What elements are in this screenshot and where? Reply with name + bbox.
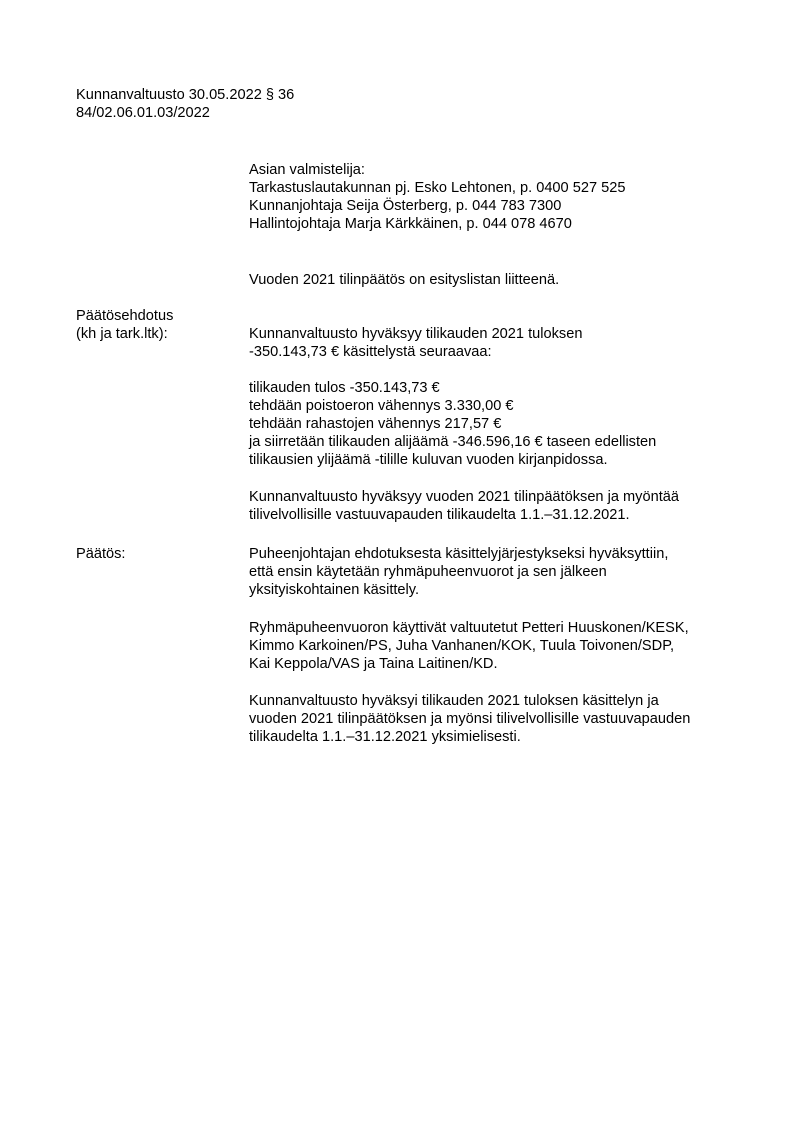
proposal-text: tehdään rahastojen vähennys 217,57 €: [249, 415, 501, 433]
decision-text: Kai Keppola/VAS ja Taina Laitinen/KD.: [249, 655, 498, 673]
decision-text: yksityiskohtainen käsittely.: [249, 581, 419, 599]
decision-text: vuoden 2021 tilinpäätöksen ja myönsi til…: [249, 710, 690, 728]
preparers-title: Asian valmistelija:: [249, 161, 365, 179]
proposal-text: tilikausien ylijäämä -tilille kuluvan vu…: [249, 451, 608, 469]
proposal-label: Päätösehdotus: [76, 307, 173, 325]
preparer-line: Kunnanjohtaja Seija Österberg, p. 044 78…: [249, 197, 561, 215]
meeting-header: Kunnanvaltuusto 30.05.2022 § 36: [76, 86, 294, 104]
attachment-note: Vuoden 2021 tilinpäätös on esityslistan …: [249, 271, 559, 289]
record-number: 84/02.06.01.03/2022: [76, 104, 210, 122]
proposal-text: ja siirretään tilikauden alijäämä -346.5…: [249, 433, 656, 451]
proposal-text: -350.143,73 € käsittelystä seuraavaa:: [249, 343, 492, 361]
decision-text: että ensin käytetään ryhmäpuheenvuorot j…: [249, 563, 607, 581]
proposal-sublabel: (kh ja tark.ltk):: [76, 325, 168, 343]
preparer-line: Hallintojohtaja Marja Kärkkäinen, p. 044…: [249, 215, 572, 233]
proposal-text: Kunnanvaltuusto hyväksyy vuoden 2021 til…: [249, 488, 679, 506]
decision-text: Puheenjohtajan ehdotuksesta käsittelyjär…: [249, 545, 668, 563]
preparer-line: Tarkastuslautakunnan pj. Esko Lehtonen, …: [249, 179, 625, 197]
proposal-text: tehdään poistoeron vähennys 3.330,00 €: [249, 397, 514, 415]
decision-text: Kimmo Karkoinen/PS, Juha Vanhanen/KOK, T…: [249, 637, 674, 655]
decision-text: Ryhmäpuheenvuoron käyttivät valtuutetut …: [249, 619, 689, 637]
decision-text: tilikaudelta 1.1.–31.12.2021 yksimielise…: [249, 728, 521, 746]
proposal-text: Kunnanvaltuusto hyväksyy tilikauden 2021…: [249, 325, 582, 343]
decision-text: Kunnanvaltuusto hyväksyi tilikauden 2021…: [249, 692, 659, 710]
proposal-text: tilikauden tulos -350.143,73 €: [249, 379, 440, 397]
proposal-text: tilivelvollisille vastuuvapauden tilikau…: [249, 506, 630, 524]
decision-label: Päätös:: [76, 545, 126, 563]
